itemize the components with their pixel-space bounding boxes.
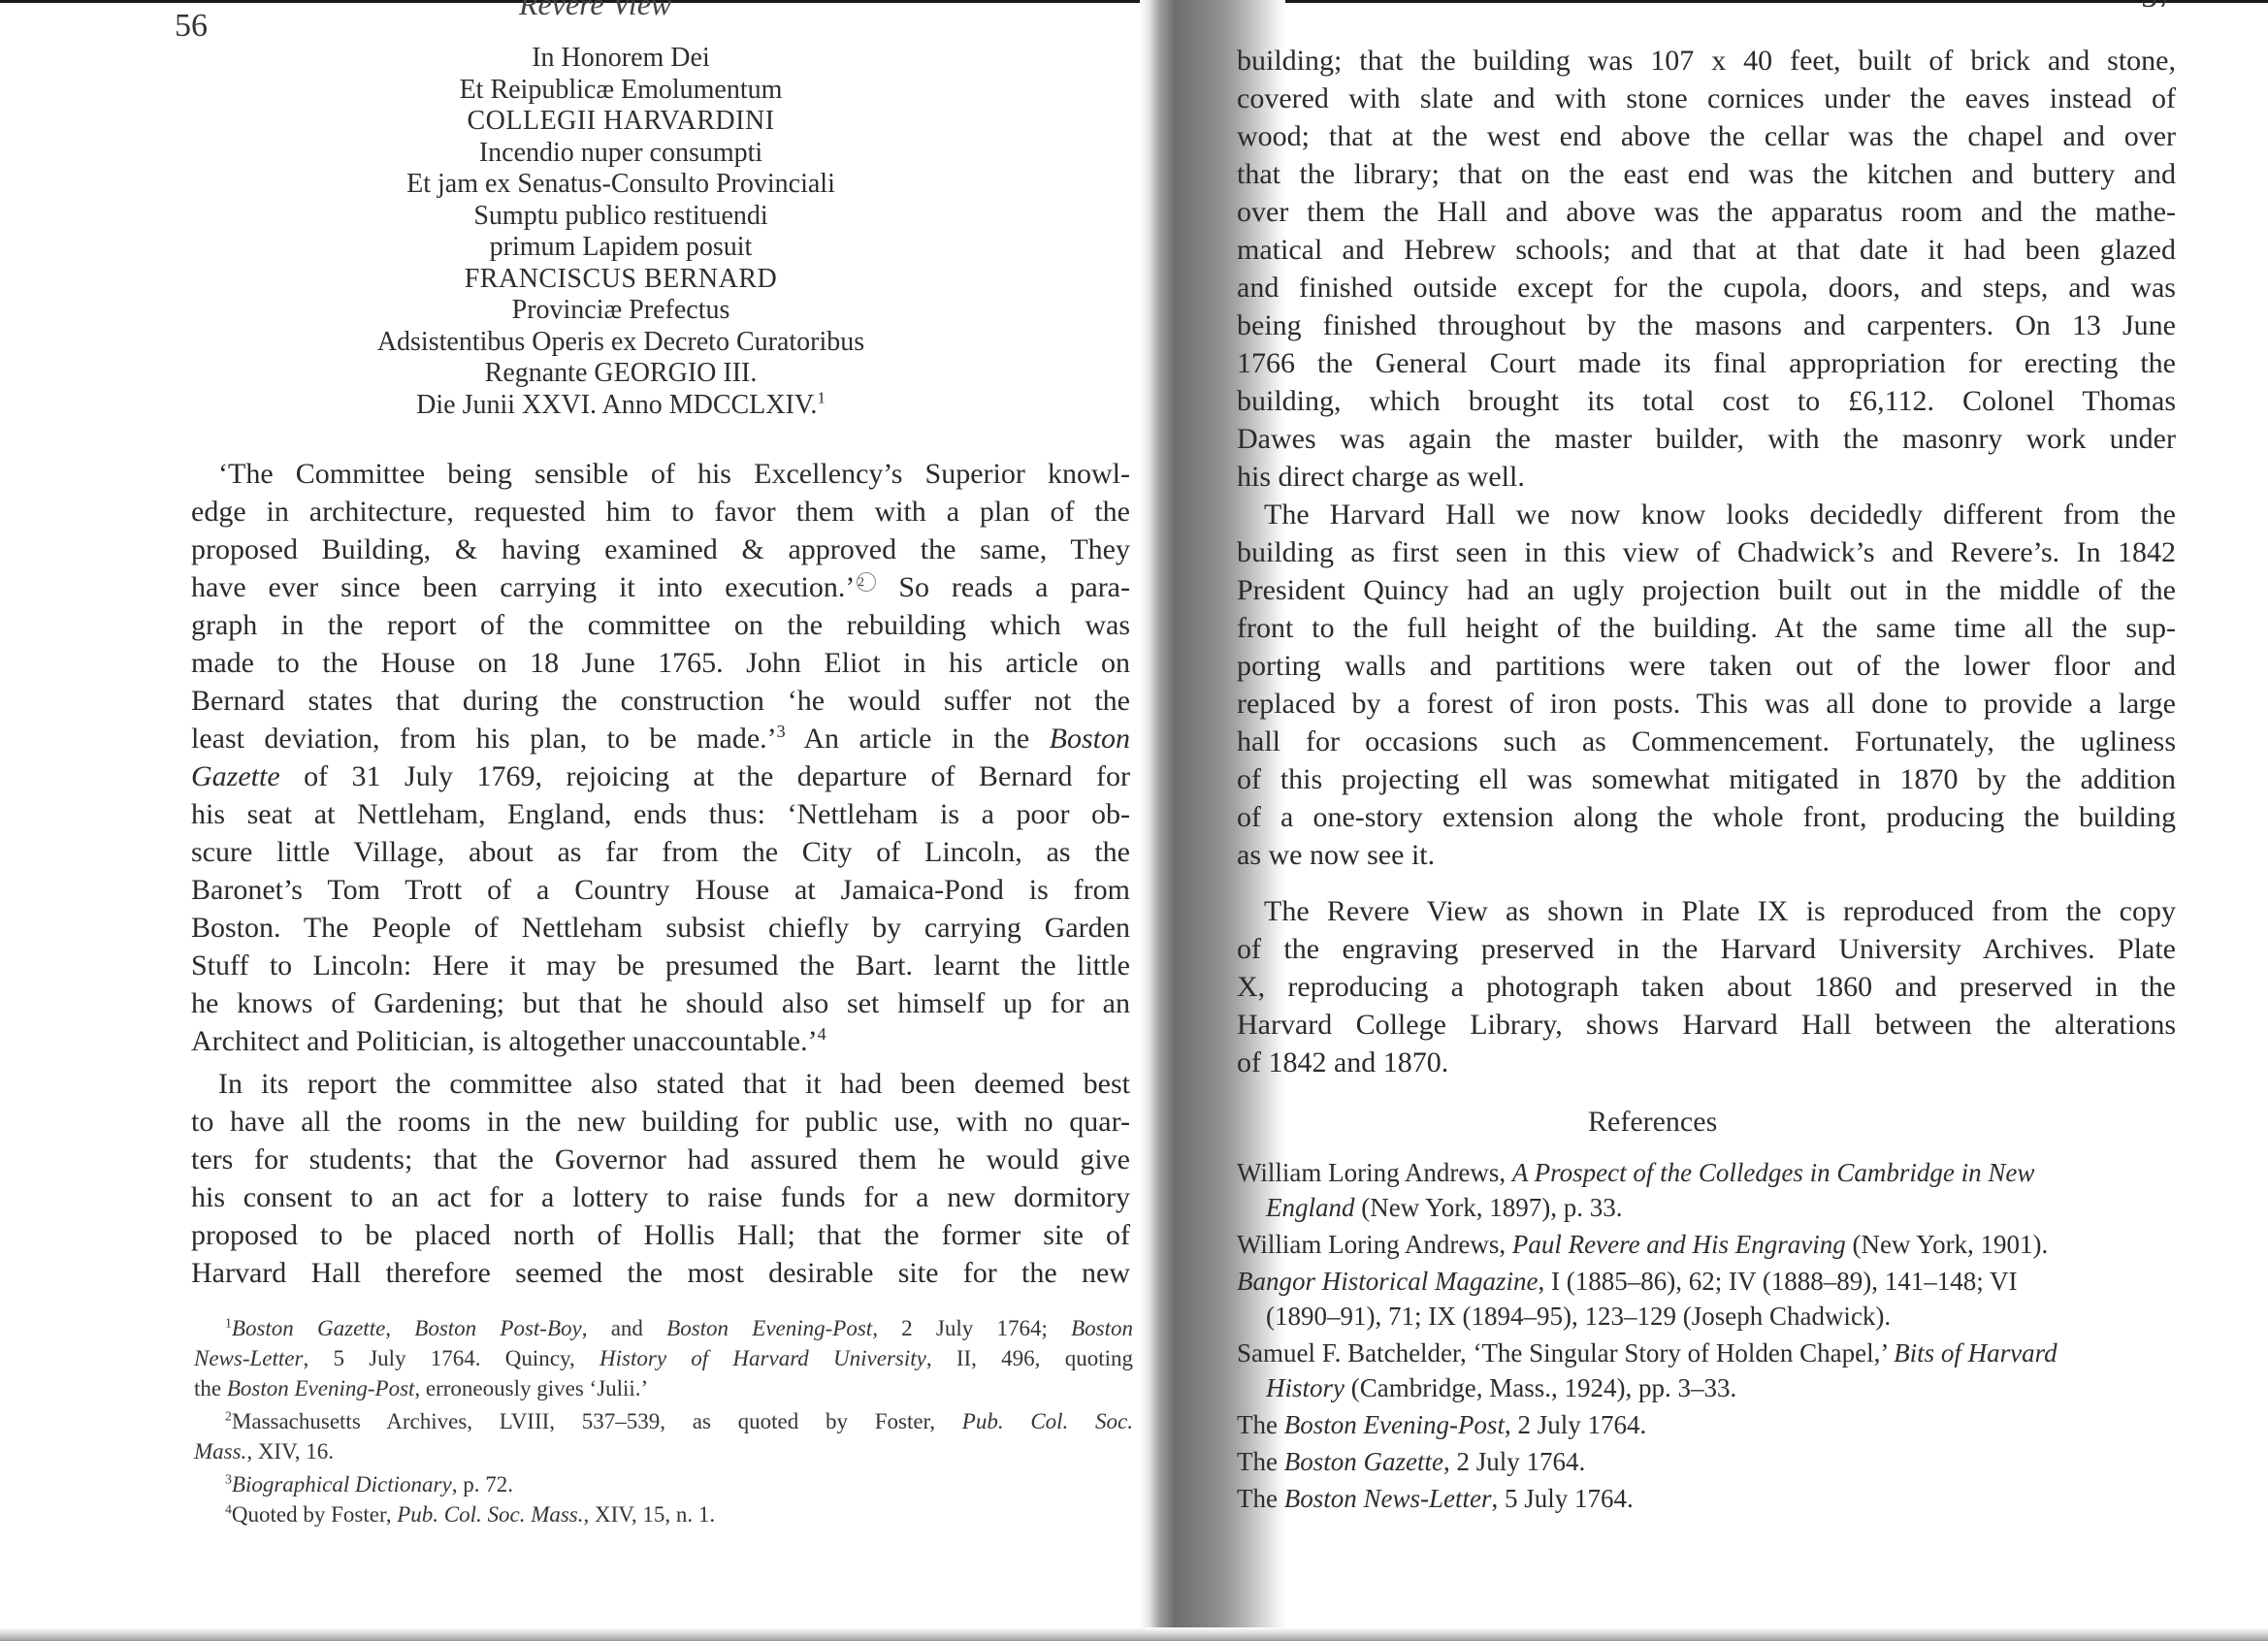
inscription-line: Et Reipublicæ Emolumentum [320,75,922,107]
reference-item: William Loring Andrews, A Prospect of th… [1237,1156,2034,1189]
text-line: Dawes was again the master builder, with… [1237,421,2176,458]
text-line: matical and Hebrew schools; and that at … [1237,232,2176,269]
reference-item-cont: History (Cambridge, Mass., 1924), pp. 3–… [1266,1371,1736,1404]
text-line: building; that the building was 107 x 40… [1237,43,2176,80]
reference-item: Bangor Historical Magazine, I (1885–86),… [1237,1265,2017,1298]
text-line: porting walls and partitions were taken … [1237,648,2176,685]
text-line: graph in the report of the committee on … [191,607,1130,644]
text-line: ‘The Committee being sensible of his Exc… [191,456,1130,493]
text-line: to have all the rooms in the new buildin… [191,1104,1130,1141]
text-line: as we now see it. [1237,837,2176,874]
text-line: his seat at Nettleham, England, ends thu… [191,796,1130,833]
reference-item-cont: England (New York, 1897), p. 33. [1266,1191,1623,1224]
footnote-4: 4Quoted by Foster, Pub. Col. Soc. Mass.,… [194,1500,1133,1529]
footnote-ref[interactable]: 4 [818,1024,826,1044]
right-page: 57 building; that the building was 107 x… [1285,0,2268,1641]
text-line: proposed to be placed north of Hollis Ha… [191,1217,1130,1254]
text-line: over them the Hall and above was the app… [1237,194,2176,231]
footnote-2-cont: Mass., XIV, 16. [194,1437,1133,1466]
running-head: Revere View [519,0,671,22]
text-line: replaced by a forest of iron posts. This… [1237,686,2176,723]
text-line: Bernard states that during the construct… [191,683,1130,720]
text-line: ters for students; that the Governor had… [191,1142,1130,1178]
text-line: 1766 the General Court made its final ap… [1237,345,2176,382]
left-page: 56 Revere View In Honorem Dei Et Reipubl… [0,0,1140,1641]
text-line: covered with slate and with stone cornic… [1237,80,2176,117]
scan-bottom-edge [0,1627,2268,1641]
inscription-line: FRANCISCUS BERNARD [320,264,922,296]
text-line: and finished outside except for the cupo… [1237,270,2176,306]
latin-inscription: In Honorem Dei Et Reipublicæ Emolumentum… [320,43,922,421]
text-line: he knows of Gardening; but that he shoul… [191,985,1130,1022]
text-line: front to the full height of the building… [1237,610,2176,647]
text-line: wood; that at the west end above the cel… [1237,118,2176,155]
footnote-ref-circled[interactable]: 2 [857,572,876,592]
text-line: The Revere View as shown in Plate IX is … [1237,893,2176,930]
text-line: being finished throughout by the masons … [1237,307,2176,344]
text-line: his direct charge as well. [1237,459,2176,496]
text-line: Stuff to Lincoln: Here it may be presume… [191,948,1130,984]
inscription-line: COLLEGII HARVARDINI [320,106,922,138]
inscription-line: Incendio nuper consumpti [320,138,922,170]
text-line: building, which brought its total cost t… [1237,383,2176,420]
text-line: hall for occasions such as Commencement.… [1237,724,2176,760]
reference-item: William Loring Andrews, Paul Revere and … [1237,1228,2048,1261]
text-line: of the engraving preserved in the Harvar… [1237,931,2176,968]
inscription-line: In Honorem Dei [320,43,922,75]
footnote-ref[interactable]: 3 [777,722,786,741]
footnote-1-cont: the Boston Evening-Post, erroneously giv… [194,1374,1133,1403]
text-line: proposed Building, & having examined & a… [191,531,1130,568]
text-line: Harvard College Library, shows Harvard H… [1237,1007,2176,1044]
footnote-3: 3Biographical Dictionary, p. 72. [194,1470,1133,1499]
text-line: of this projecting ell was somewhat miti… [1237,761,2176,798]
text-line: X, reproducing a photograph taken about … [1237,969,2176,1006]
text-line: least deviation, from his plan, to be ma… [191,721,1130,757]
reference-item: The Boston Evening-Post, 2 July 1764. [1237,1408,1646,1441]
footnote-1: 1Boston Gazette, Boston Post-Boy, and Bo… [194,1314,1133,1343]
footnote-ref[interactable]: 1 [817,388,825,406]
reference-item: The Boston News-Letter, 5 July 1764. [1237,1482,1634,1515]
text-line: made to the House on 18 June 1765. John … [191,645,1130,682]
footnote-2: 2Massachusetts Archives, LVIII, 537–539,… [194,1407,1133,1436]
text-line: Baronet’s Tom Trott of a Country House a… [191,872,1130,909]
text-line: building as first seen in this view of C… [1237,534,2176,571]
inscription-line: primum Lapidem posuit [320,232,922,264]
inscription-line: Adsistentibus Operis ex Decreto Curatori… [320,327,922,359]
text-line: Architect and Politician, is altogether … [191,1023,1130,1060]
page-number: 57 [2141,0,2174,16]
inscription-line-last: Die Junii XXVI. Anno MDCCLXIV.1 [320,390,922,422]
inscription-line: Sumptu publico restituendi [320,201,922,233]
text-line: scure little Village, about as far from … [191,834,1130,871]
inscription-line: Provinciæ Prefectus [320,295,922,327]
reference-item: The Boston Gazette, 2 July 1764. [1237,1445,1585,1478]
text-line: President Quincy had an ugly projection … [1237,572,2176,609]
references-heading: References [1588,1106,1717,1139]
footnote-1-cont: News-Letter, 5 July 1764. Quincy, Histor… [194,1344,1133,1373]
text-line: have ever since been carrying it into ex… [191,569,1130,606]
text-line: of 1842 and 1870. [1237,1045,2176,1081]
text-line: of a one-story extension along the whole… [1237,799,2176,836]
reference-item-cont: (1890–91), 71; IX (1894–95), 123–129 (Jo… [1266,1300,1891,1333]
text-line: In its report the committee also stated … [191,1066,1130,1103]
text-line: his consent to an act for a lottery to r… [191,1179,1130,1216]
text-line: edge in architecture, requested him to f… [191,494,1130,531]
inscription-line: Regnante GEORGIO III. [320,358,922,390]
page-number: 56 [175,8,208,45]
text-line: Harvard Hall therefore seemed the most d… [191,1255,1130,1292]
reference-item: Samuel F. Batchelder, ‘The Singular Stor… [1237,1336,2057,1369]
text-line: Gazette of 31 July 1769, rejoicing at th… [191,758,1130,795]
text-line: The Harvard Hall we now know looks decid… [1237,497,2176,533]
inscription-line: Et jam ex Senatus-Consulto Provinciali [320,169,922,201]
text-line: that the library; that on the east end w… [1237,156,2176,193]
text-line: Boston. The People of Nettleham subsist … [191,910,1130,947]
